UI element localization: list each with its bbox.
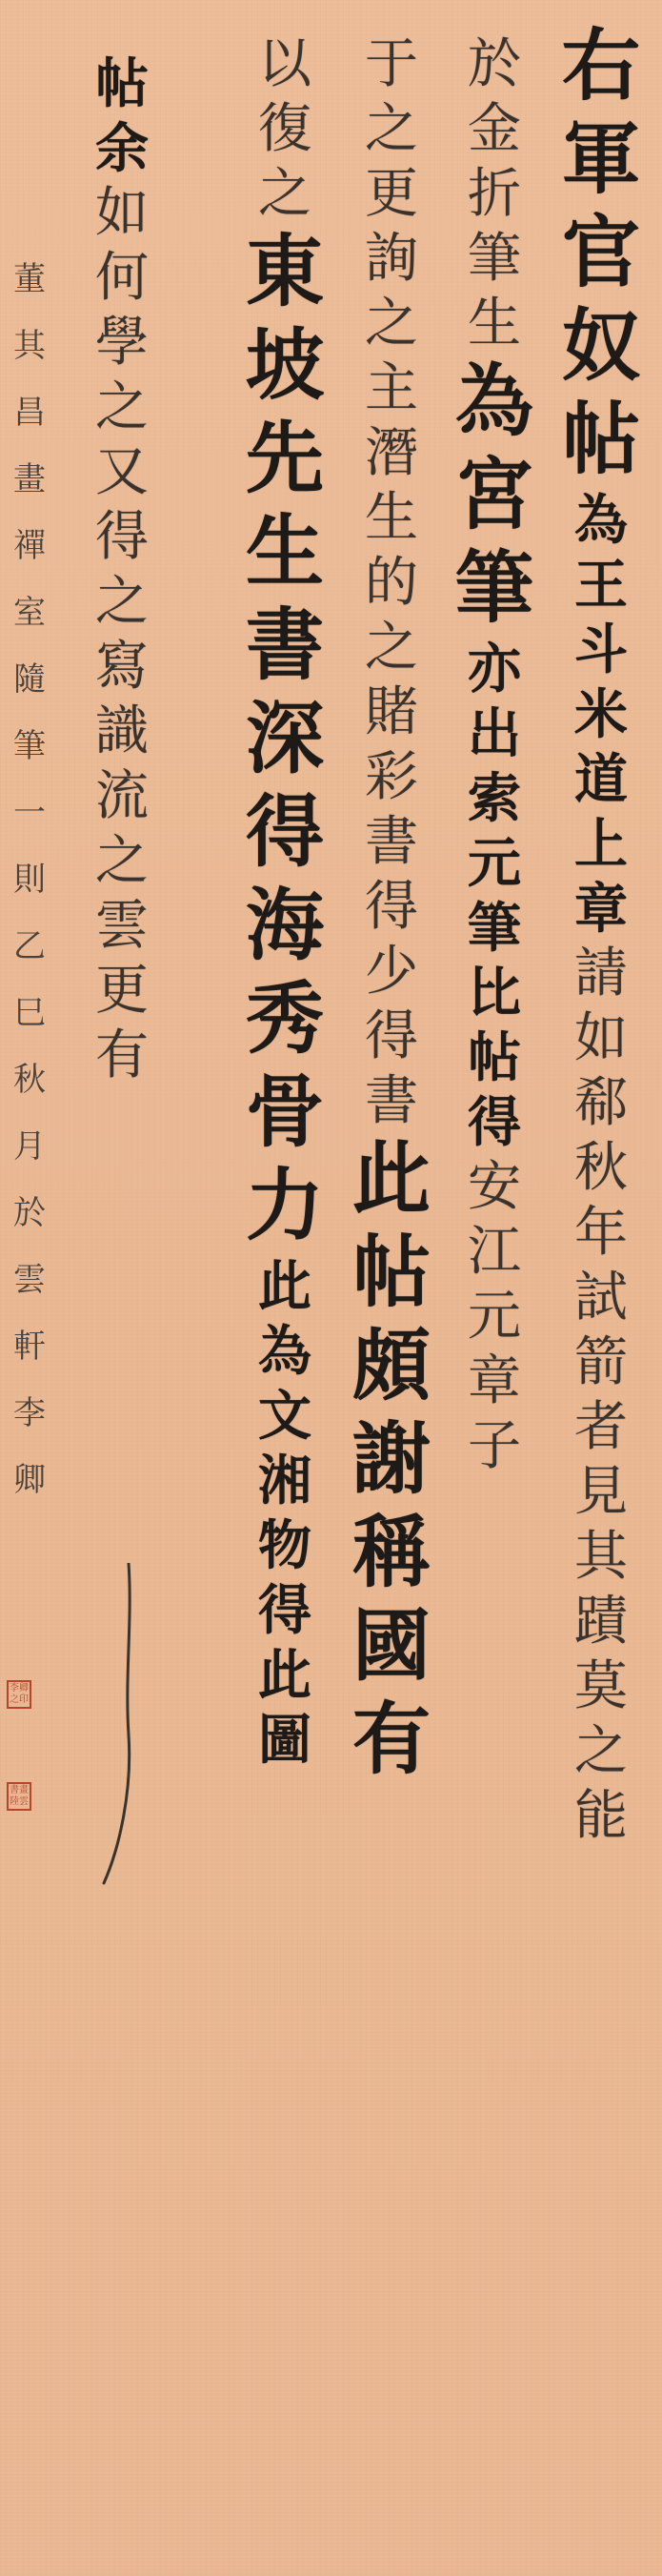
character: 書	[365, 816, 418, 869]
character: 其	[574, 1531, 628, 1584]
character: 深	[246, 700, 324, 778]
character: 余	[95, 122, 149, 175]
calligraphy-column-1: 右 軍 官 奴 帖 為 王 斗 米 道 上 章 請 如 郗 秋 年 試 箭 者 …	[562, 27, 640, 1855]
inscription-character: 秋	[13, 1064, 46, 1096]
character: 國	[352, 1607, 431, 1685]
inscription-character: 董	[13, 263, 46, 295]
character: 金	[468, 103, 521, 156]
inscription-character: 雲	[13, 1264, 46, 1296]
character: 帖	[352, 1233, 431, 1311]
character: 如	[95, 187, 149, 240]
character: 奴	[562, 307, 640, 385]
inscription-character: 李	[13, 1397, 46, 1430]
character: 之	[95, 576, 149, 629]
calligraphy-column-3: 于 之 更 詢 之 主 潛 生 的 之 賭 彩 書 得 少 得 書 此 帖 頗 …	[352, 38, 431, 1794]
character: 書	[365, 1075, 418, 1128]
character: 年	[574, 1207, 628, 1260]
character: 筆	[455, 549, 533, 627]
character: 主	[365, 362, 418, 416]
character: 物	[258, 1519, 311, 1572]
character: 子	[468, 1420, 521, 1473]
character: 之	[574, 1725, 628, 1778]
character: 試	[574, 1271, 628, 1325]
character: 此	[352, 1140, 431, 1218]
character: 斗	[574, 623, 628, 677]
character: 官	[562, 213, 640, 292]
character: 生	[246, 513, 324, 591]
character: 能	[574, 1790, 628, 1843]
character: 元	[468, 1290, 521, 1344]
calligraphy-column-4: 以 復 之 東 坡 先 生 書 深 得 海 秀 骨 力 此 為 文 湘 物 得 …	[246, 38, 324, 1778]
character: 莫	[574, 1660, 628, 1714]
character: 生	[365, 492, 418, 545]
character: 章	[574, 882, 628, 936]
character: 請	[574, 947, 628, 1001]
character: 何	[95, 252, 149, 305]
character: 頗	[352, 1327, 431, 1405]
character: 秋	[574, 1142, 628, 1195]
character: 元	[468, 837, 521, 890]
character: 上	[574, 818, 628, 871]
character: 如	[574, 1012, 628, 1065]
character: 得	[468, 1096, 521, 1149]
seal-character: 之	[10, 1695, 19, 1705]
character: 秀	[246, 980, 324, 1058]
character: 復	[258, 103, 311, 156]
character: 書	[246, 606, 324, 684]
character: 此	[258, 1260, 311, 1313]
inscription-character: 軒	[13, 1330, 46, 1363]
character: 之	[365, 297, 418, 351]
character: 此	[258, 1649, 311, 1702]
character: 江	[468, 1226, 521, 1279]
character: 海	[246, 886, 324, 964]
inscription-character: 畫	[13, 463, 46, 496]
character: 亦	[468, 642, 521, 696]
character: 以	[258, 38, 311, 91]
inscription-character: 於	[13, 1197, 46, 1229]
character: 得	[258, 1584, 311, 1637]
calligraphy-column-5: 帖 余 如 何 學 之 又 得 之 寫 識 流 之 雲 更 有	[95, 57, 149, 1094]
character: 帖	[562, 400, 640, 478]
character: 於	[468, 38, 521, 91]
inscription-character: 月	[13, 1130, 46, 1163]
character: 賭	[365, 686, 418, 740]
artist-seal-upper: 李 卿 之 印	[7, 1680, 31, 1709]
character: 的	[365, 557, 418, 610]
inscription-character: 其	[13, 330, 46, 362]
character: 潛	[365, 427, 418, 480]
character: 更	[95, 964, 149, 1018]
character: 學	[95, 316, 149, 370]
character: 宮	[455, 456, 533, 534]
character: 圖	[258, 1714, 311, 1767]
character: 坡	[246, 326, 324, 404]
seal-character: 李	[10, 1684, 19, 1694]
character: 有	[352, 1700, 431, 1778]
character: 為	[574, 494, 628, 547]
inscription-character: 乙	[13, 930, 46, 963]
character: 骨	[246, 1073, 324, 1151]
character: 安	[468, 1161, 521, 1214]
character: 之	[365, 103, 418, 156]
character: 郗	[574, 1077, 628, 1130]
inscription-character: 室	[13, 597, 46, 629]
character: 章	[468, 1355, 521, 1409]
character: 比	[468, 966, 521, 1020]
character: 為	[455, 362, 533, 440]
seal-character: 卿	[19, 1684, 29, 1694]
inscription-character: 昌	[13, 396, 46, 429]
inscription-character: 卿	[13, 1464, 46, 1496]
character: 出	[468, 707, 521, 761]
inscription-character: 隨	[13, 663, 46, 696]
character: 右	[562, 27, 640, 105]
character: 先	[246, 419, 324, 497]
inscription-character: 巳	[13, 997, 46, 1029]
artist-seal-lower: 書 畫 陸 雲	[7, 1782, 31, 1811]
character: 為	[258, 1325, 311, 1378]
character: 東	[246, 233, 324, 311]
character: 折	[468, 168, 521, 221]
character: 詢	[365, 233, 418, 286]
character: 索	[468, 772, 521, 825]
character: 得	[95, 511, 149, 564]
character: 湘	[258, 1454, 311, 1508]
character: 生	[468, 297, 521, 351]
character: 帖	[95, 57, 149, 111]
character: 之	[365, 621, 418, 675]
seal-character: 印	[19, 1695, 29, 1705]
character: 又	[95, 446, 149, 499]
calligraphy-column-2: 於 金 折 筆 生 為 宮 筆 亦 出 索 元 筆 比 帖 得 安 江 元 章 …	[455, 38, 533, 1485]
character: 得	[365, 1010, 418, 1064]
inscription-character: 則	[13, 863, 46, 896]
character: 帖	[468, 1031, 521, 1085]
character: 之	[95, 381, 149, 435]
character: 得	[246, 793, 324, 871]
character: 道	[574, 753, 628, 806]
character: 王	[574, 558, 628, 612]
character: 有	[95, 1029, 149, 1083]
character: 之	[95, 835, 149, 888]
character: 雲	[95, 900, 149, 953]
character: 箭	[574, 1336, 628, 1389]
signature-inscription: 董 其 昌 畫 禪 室 隨 筆 一 則 乙 巳 秋 月 於 雲 軒 李 卿	[13, 263, 46, 1531]
character: 更	[365, 168, 418, 221]
character: 識	[95, 705, 149, 759]
character: 筆	[468, 902, 521, 955]
seal-character: 畫	[19, 1786, 29, 1795]
character: 彩	[365, 751, 418, 804]
character: 少	[365, 945, 418, 999]
character: 米	[574, 688, 628, 741]
character: 文	[258, 1389, 311, 1443]
seal-character: 陸	[10, 1797, 19, 1807]
character: 見	[574, 1466, 628, 1519]
character: 流	[95, 770, 149, 823]
character: 筆	[468, 233, 521, 286]
character: 于	[365, 38, 418, 91]
character: 者	[574, 1401, 628, 1454]
seal-character: 書	[10, 1786, 19, 1795]
trailing-brush-stroke	[90, 1563, 148, 1887]
character: 之	[258, 168, 311, 221]
inscription-character: 筆	[13, 730, 46, 762]
character: 得	[365, 881, 418, 934]
character: 稱	[352, 1513, 431, 1592]
inscription-character: 一	[13, 797, 46, 829]
seal-character: 雲	[19, 1797, 29, 1807]
character: 力	[246, 1166, 324, 1245]
character: 寫	[95, 640, 149, 694]
character: 謝	[352, 1420, 431, 1498]
character: 蹟	[574, 1595, 628, 1649]
inscription-character: 禪	[13, 530, 46, 562]
character: 軍	[562, 120, 640, 198]
